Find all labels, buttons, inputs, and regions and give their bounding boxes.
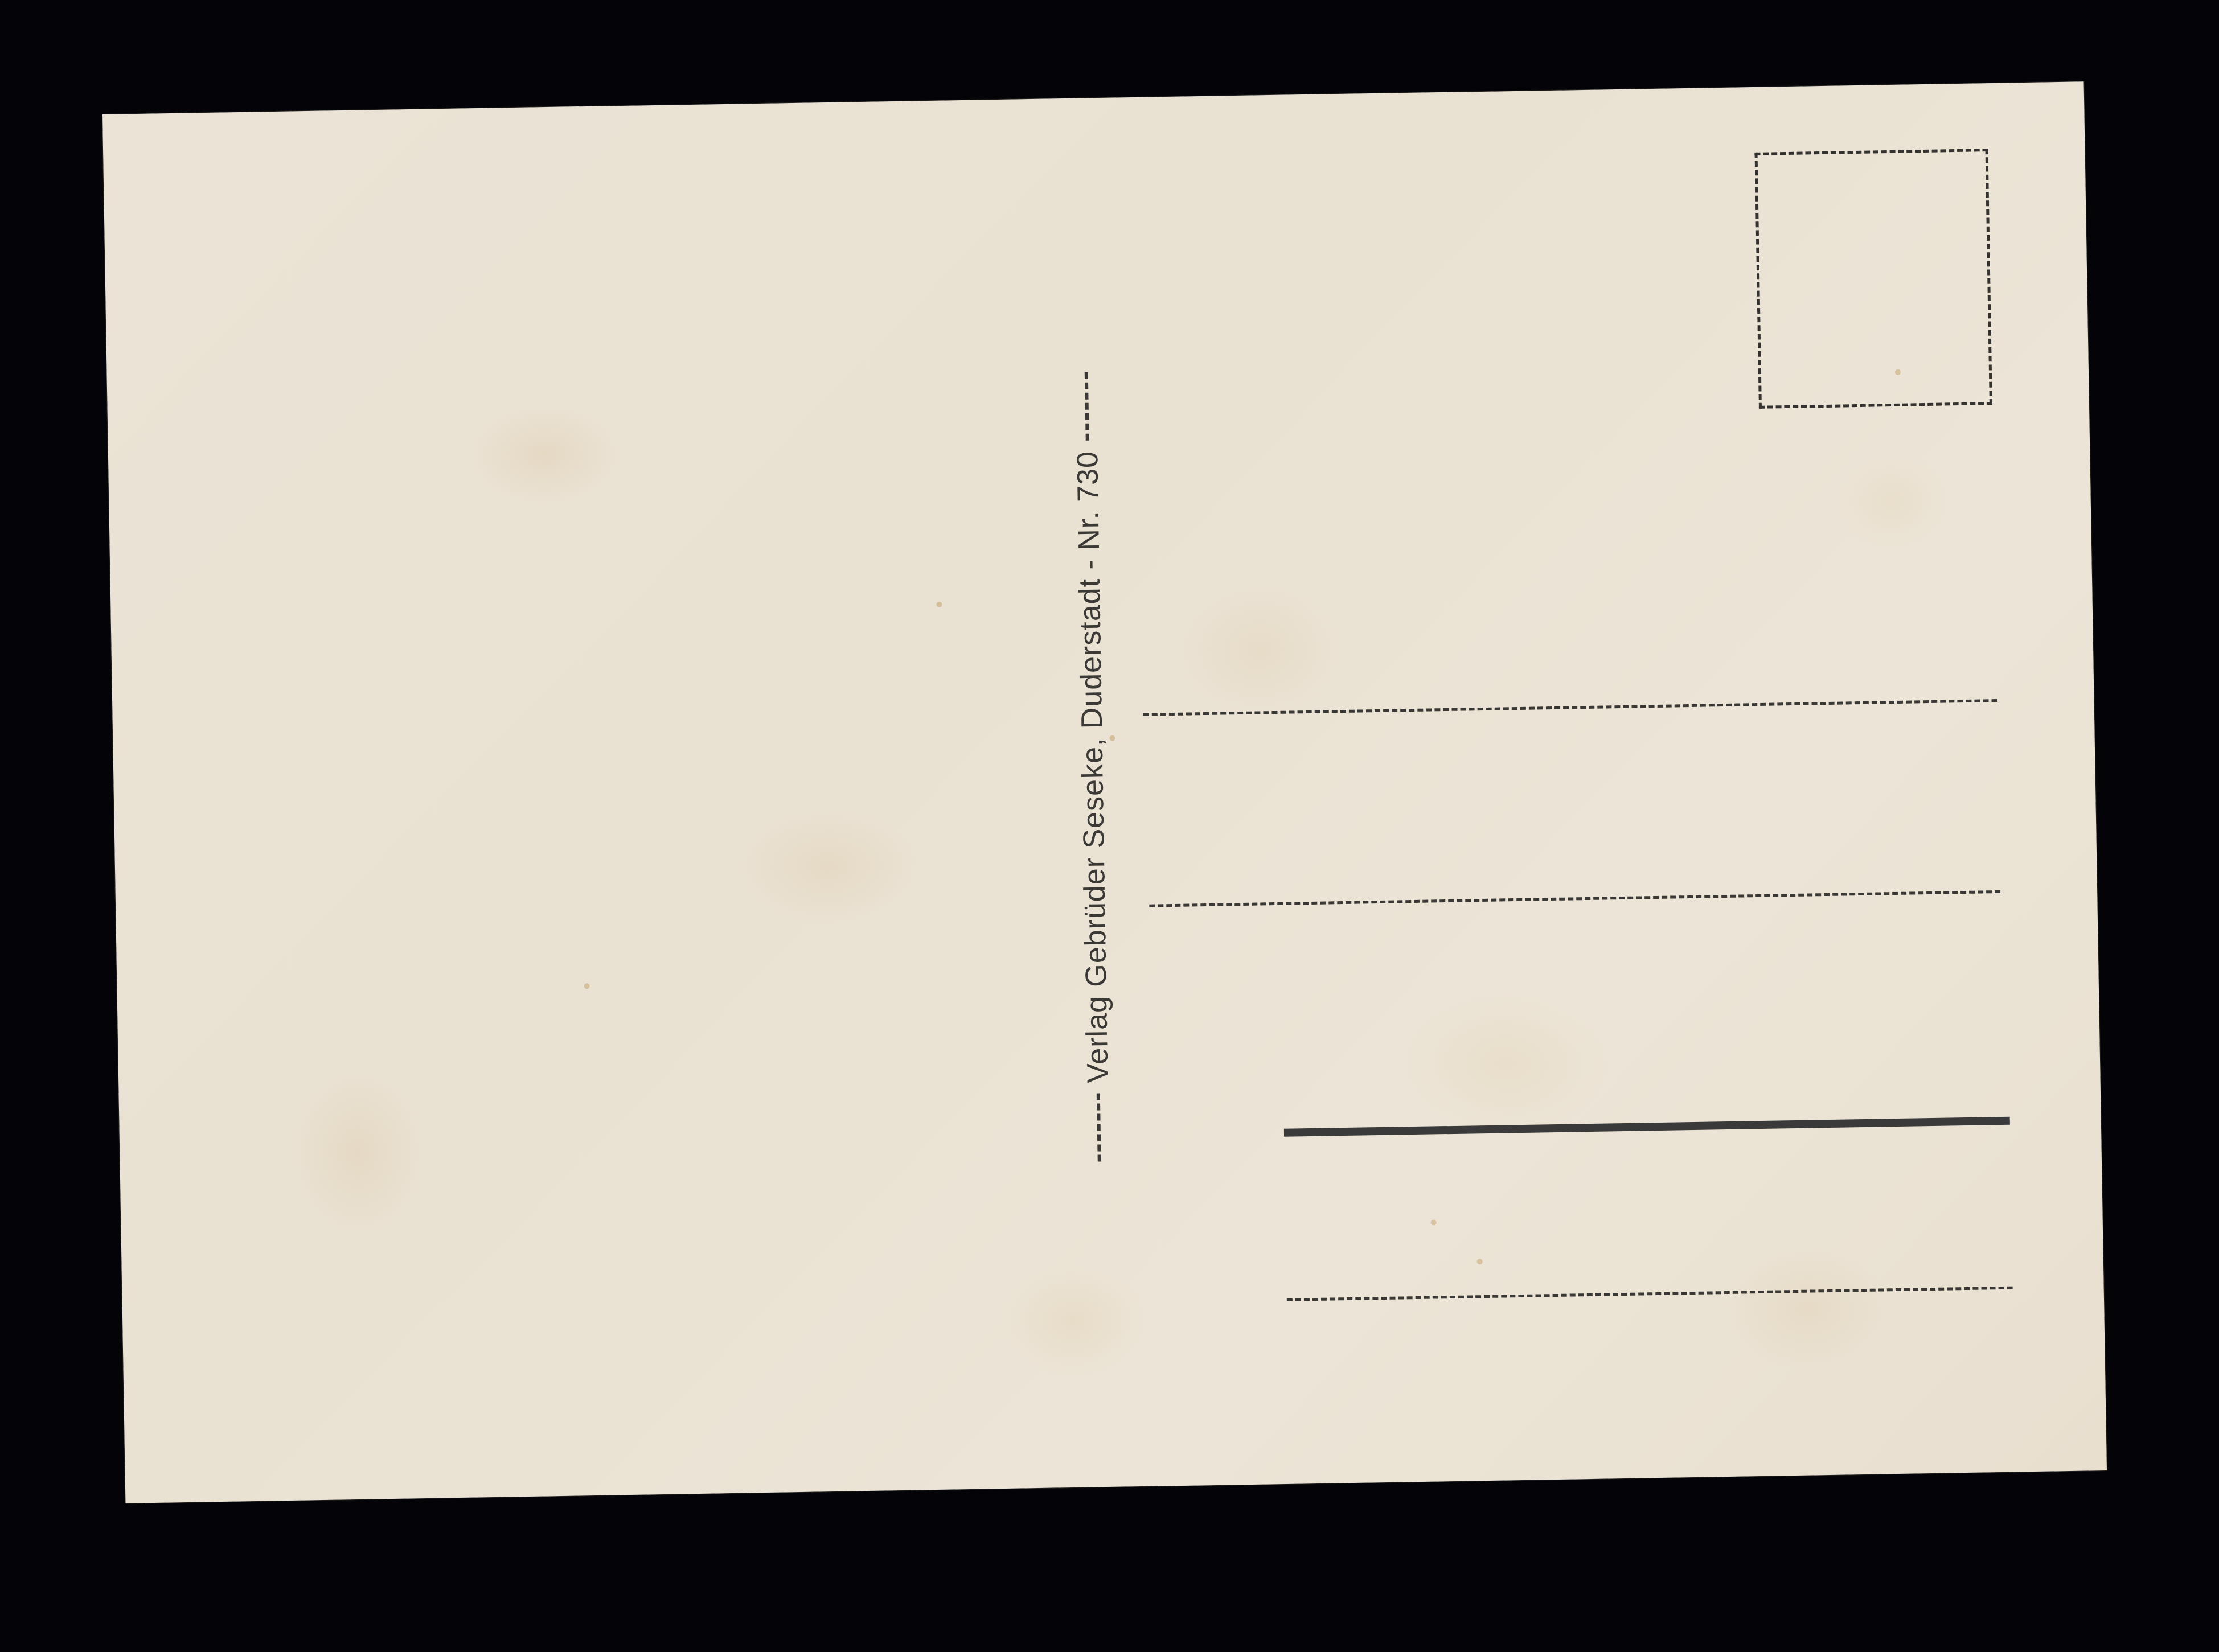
foxing-spot (584, 983, 589, 989)
foxing-spot (936, 602, 942, 607)
publisher-imprint-content: Verlag Gebrüder Seseke, Duderstadt - Nr.… (1069, 372, 1117, 1162)
address-line-4 (1287, 1287, 2013, 1301)
address-line-3-solid (1284, 1117, 2010, 1137)
foxing-spot (1431, 1219, 1437, 1225)
publisher-imprint-text: Verlag Gebrüder Seseke, Duderstadt - Nr.… (1070, 451, 1115, 1083)
foxing-spot (1109, 735, 1115, 741)
foxing-spot (1477, 1259, 1483, 1264)
stamp-placeholder-box (1755, 149, 1992, 409)
address-line-1 (1143, 699, 1997, 716)
imprint-dash-right (1085, 372, 1089, 441)
address-line-2 (1149, 890, 2000, 907)
imprint-dash-left (1097, 1094, 1101, 1162)
postcard: Verlag Gebrüder Seseke, Duderstadt - Nr.… (102, 81, 2107, 1503)
